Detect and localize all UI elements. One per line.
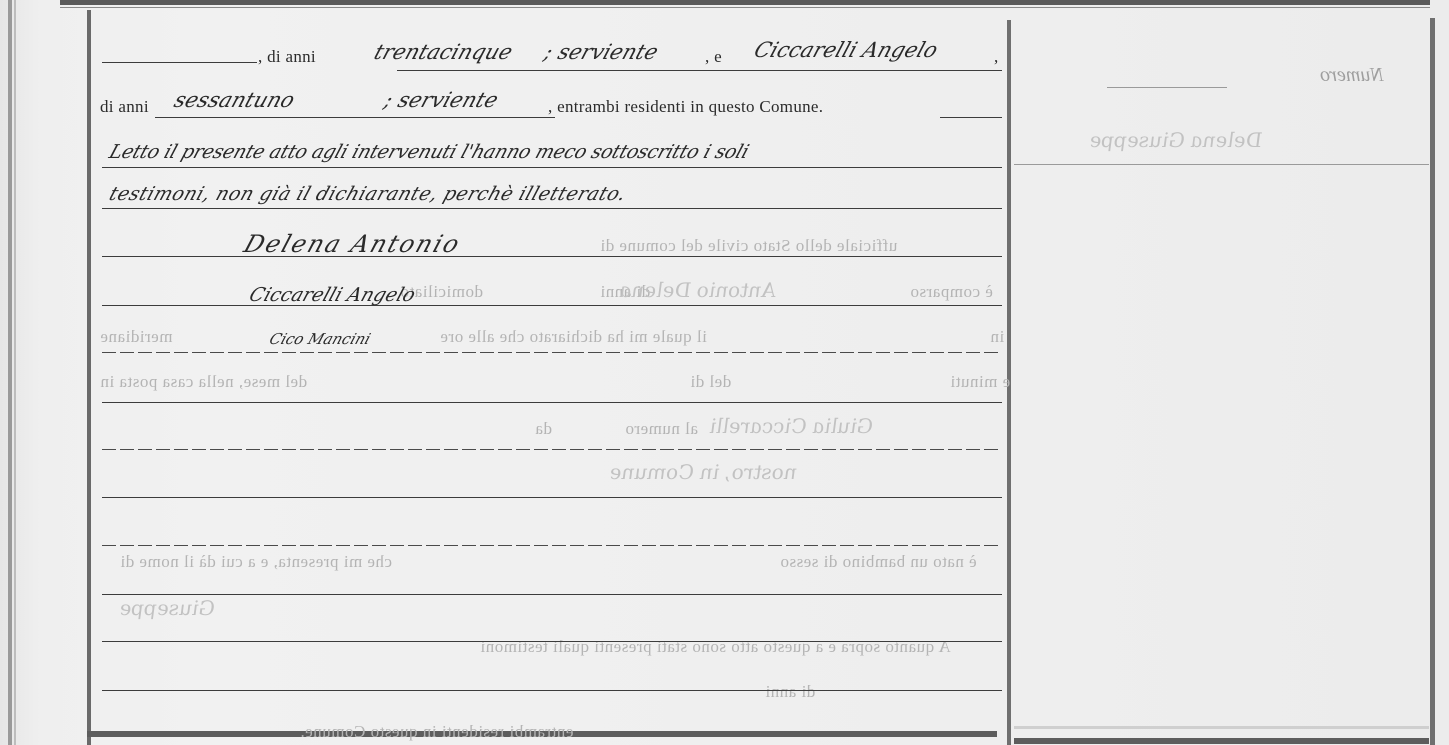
ghost-text: che mi presenta, e a cui dà il nome di xyxy=(120,552,392,572)
ghost-text: e minuti xyxy=(950,372,1010,392)
rule-line xyxy=(102,497,1002,498)
handwritten-witness-name: Ciccarelli Angelo xyxy=(751,38,941,62)
rule-line xyxy=(102,594,1002,595)
ghost-text: A quanto sopra e a questo atto sono stat… xyxy=(480,637,951,657)
rule-line xyxy=(102,352,1002,353)
rule-line xyxy=(155,117,555,118)
registry-page-scan: ufficiale dello Stato civile del comune … xyxy=(0,0,1449,745)
handwritten-occupation: ; serviente xyxy=(541,40,661,64)
rule-line xyxy=(102,449,1002,450)
rule-line xyxy=(102,690,1002,691)
ghost-text: meridiane xyxy=(100,327,172,347)
ghost-text: è comparso xyxy=(910,282,993,302)
ghost-text: del di xyxy=(690,372,731,392)
printed-age-label: , di anni xyxy=(258,47,316,67)
margin-number-underline xyxy=(1107,87,1227,88)
printed-conjunction: , e xyxy=(705,47,722,67)
printed-age-label: di anni xyxy=(100,97,149,117)
page-spine-shadow xyxy=(8,0,12,745)
margin-rule-line xyxy=(1014,164,1429,165)
margin-number-label: Numero xyxy=(1320,64,1384,87)
handwritten-age: sessantuno xyxy=(171,88,298,112)
ghost-text: di anni xyxy=(765,682,815,702)
rule-line xyxy=(102,62,257,63)
ghost-text: da xyxy=(535,419,552,439)
ghost-text: è nato un bambino di sesso xyxy=(780,552,977,572)
frame-top-border xyxy=(60,0,1430,5)
signature-officer: Cico Mancini xyxy=(267,330,373,348)
rule-line xyxy=(102,256,1002,257)
printed-residence-clause: , entrambi residenti in questo Comune. xyxy=(548,97,823,117)
rule-line xyxy=(102,208,1002,209)
ghost-text: al numero xyxy=(625,419,698,439)
ghost-text: ufficiale dello Stato civile del comune … xyxy=(600,236,897,256)
ghost-text: il quale mi ha dichiarato che alle ore xyxy=(440,327,707,347)
rule-line xyxy=(102,167,1002,168)
rule-line xyxy=(102,305,1002,306)
rule-line xyxy=(102,641,1002,642)
rule-line xyxy=(940,117,1002,118)
ghost-text: in xyxy=(990,327,1004,347)
rule-line xyxy=(102,545,1002,546)
printed-comma: , xyxy=(994,47,999,67)
ghost-text: del mese, nella casa posta in xyxy=(100,372,307,392)
handwritten-closing-line: Letto il presente atto agli intervenuti … xyxy=(106,141,751,163)
margin-rule-line xyxy=(1014,726,1429,729)
rule-line xyxy=(397,70,1002,71)
ghost-handwriting: nostro, in Comune xyxy=(606,460,801,484)
handwritten-age: trentacinque xyxy=(371,40,516,64)
ghost-handwriting: Giuseppe xyxy=(116,596,219,620)
signature-witness-2: Ciccarelli Angelo xyxy=(246,284,418,306)
page-spine-edge xyxy=(14,0,16,745)
ghost-handwriting: Antonio Delena xyxy=(616,278,780,302)
ghost-handwriting: Delena Giuseppe xyxy=(1086,128,1266,152)
frame-right-border xyxy=(1430,18,1435,745)
signature-witness-1: Delena Antonio xyxy=(240,230,464,258)
frame-bottom-border-margin xyxy=(1014,738,1429,744)
handwritten-closing-line: testimoni, non già il dichiarante, perch… xyxy=(106,183,629,205)
handwritten-occupation: ; serviente xyxy=(381,88,501,112)
ghost-text: entrambi residenti in questo Comune. xyxy=(300,722,573,742)
ghost-handwriting: Giulia Ciccarelli xyxy=(706,414,877,438)
rule-line xyxy=(102,402,1002,403)
frame-left-border xyxy=(87,10,91,745)
frame-top-border-thin xyxy=(60,7,1430,8)
